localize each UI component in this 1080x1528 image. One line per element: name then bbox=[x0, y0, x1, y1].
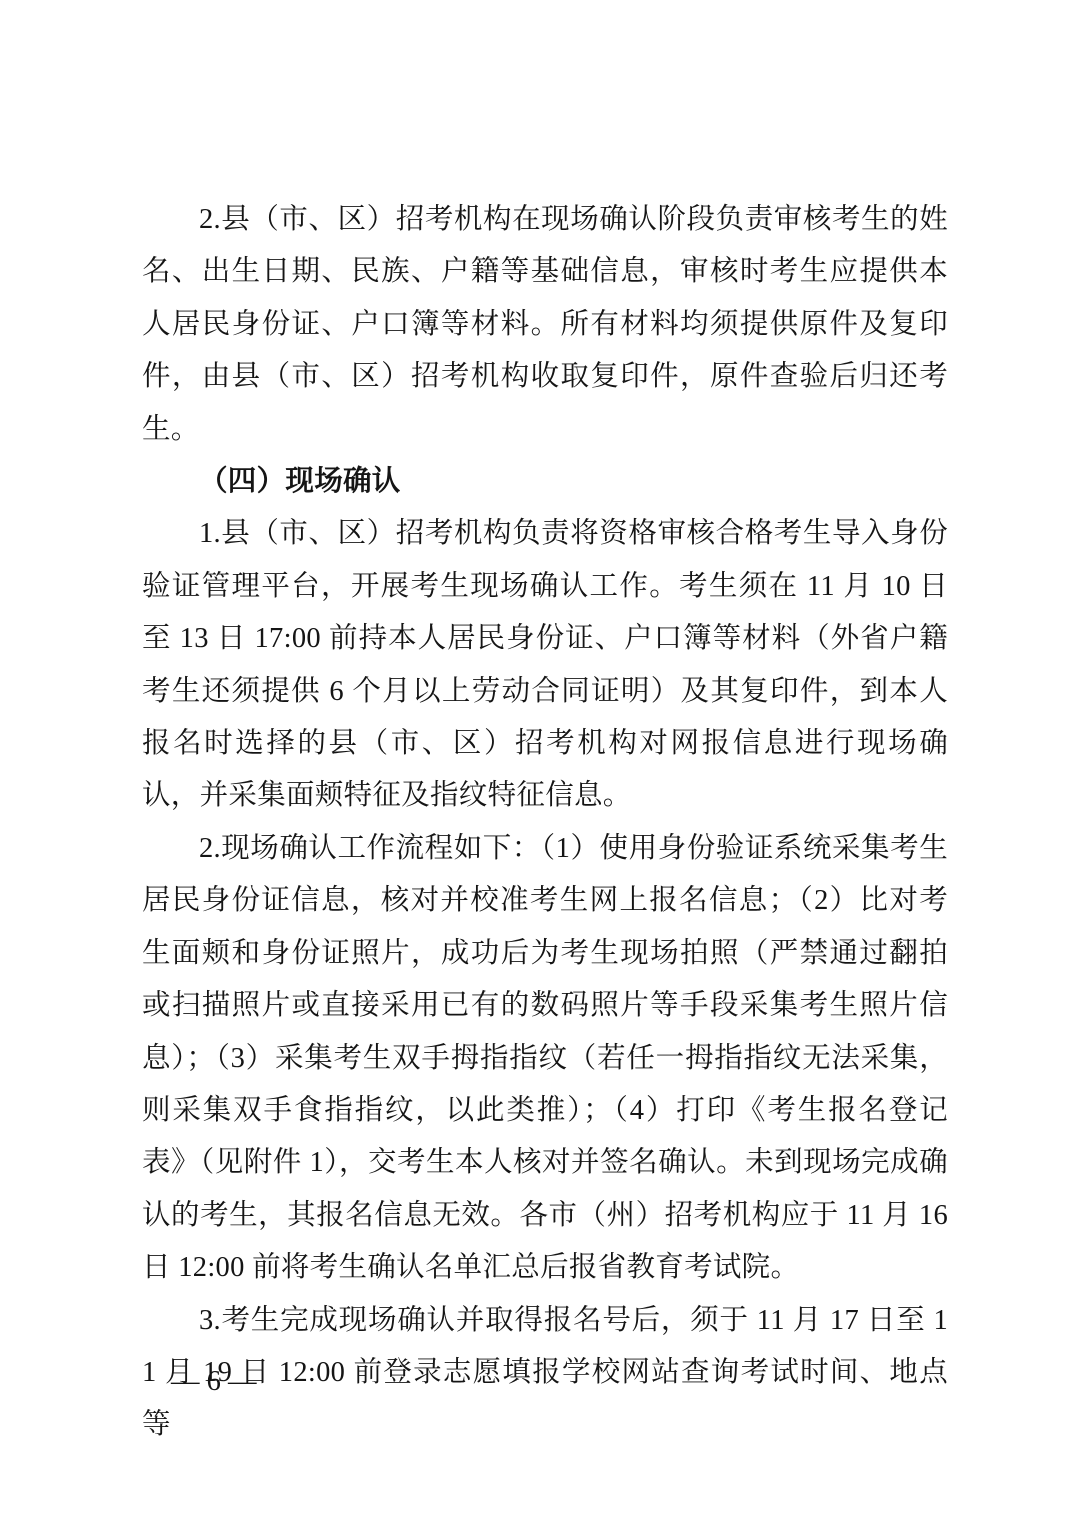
page-number: — 6 — bbox=[171, 1362, 257, 1402]
paragraph-query-exam-info: 3.考生完成现场确认并取得报名号后，须于 11 月 17 日至 11 月 19 … bbox=[142, 1295, 948, 1452]
section-heading-onsite-confirmation: （四）现场确认 bbox=[142, 456, 948, 508]
document-text-block: 2.县（市、区）招考机构在现场确认阶段负责审核考生的姓名、出生日期、民族、户籍等… bbox=[142, 194, 948, 1452]
paragraph-confirm-materials: 2.县（市、区）招考机构在现场确认阶段负责审核考生的姓名、出生日期、民族、户籍等… bbox=[142, 194, 948, 456]
document-page: { "page": { "background_color": "#ffffff… bbox=[0, 0, 1080, 1528]
paragraph-confirmation-workflow: 2.现场确认工作流程如下：（1）使用身份验证系统采集考生居民身份证信息，核对并校… bbox=[142, 823, 948, 1295]
paragraph-import-identity-platform: 1.县（市、区）招考机构负责将资格审核合格考生导入身份验证管理平台，开展考生现场… bbox=[142, 508, 948, 822]
